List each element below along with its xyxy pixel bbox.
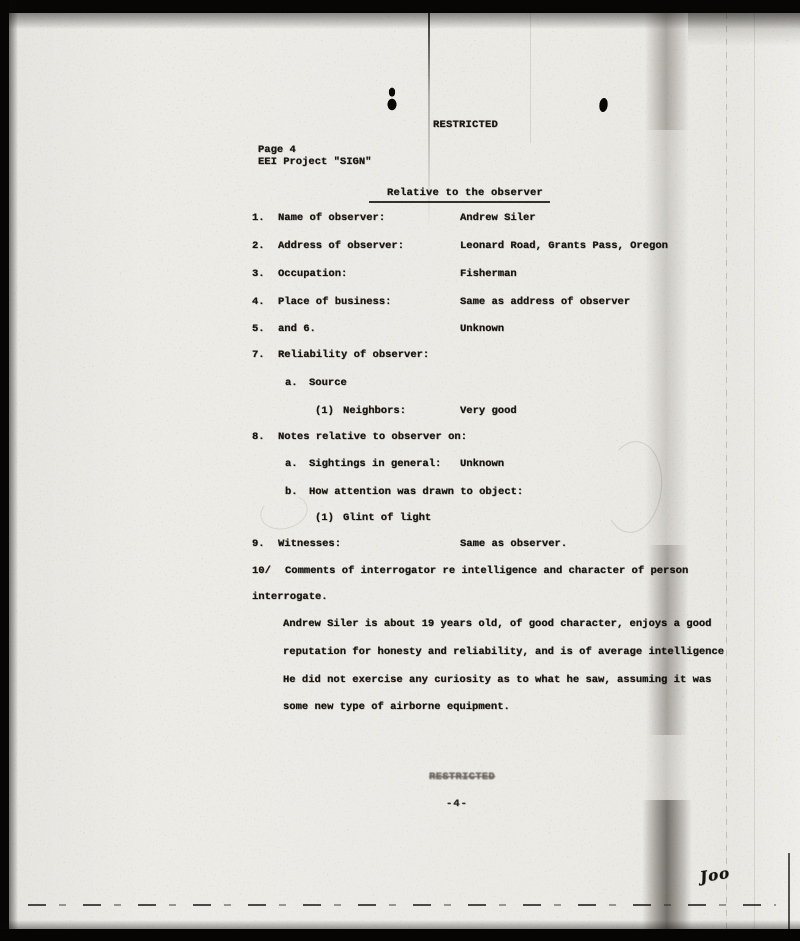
project-label: EEI Project "SIGN" — [258, 156, 371, 169]
list-item: 2. Address of observer: Leonard Road, Gr… — [0, 240, 800, 254]
ink-blot-left — [383, 86, 401, 114]
item-number: a. — [285, 377, 298, 390]
scan-dashed-rule — [28, 904, 776, 906]
item-number: 7. — [252, 349, 265, 362]
item-number: 9. — [252, 538, 265, 551]
scanner-edge-bottom-fade — [0, 920, 800, 929]
paragraph-text: some new type of airborne equipment. — [283, 701, 510, 714]
list-item: 7. Reliability of observer: — [0, 349, 800, 363]
list-subitem: a. Source — [0, 377, 800, 391]
item-value: Same as observer. — [460, 538, 567, 551]
item-value: Leonard Road, Grants Pass, Oregon — [460, 240, 668, 253]
item-number: b. — [285, 486, 298, 499]
list-item: 10/ Comments of interrogator re intellig… — [0, 565, 800, 579]
list-item: 5. and 6. Unknown — [0, 323, 800, 337]
list-item-continuation: interrogate. — [0, 591, 800, 605]
item-number: 2. — [252, 240, 265, 253]
scan-right-edge-mark — [788, 853, 790, 931]
item-number: 1. — [252, 212, 265, 225]
paragraph-text: He did not exercise any curiosity as to … — [283, 674, 711, 687]
item-number: a. — [285, 458, 298, 471]
item-value: Unknown — [460, 323, 504, 336]
item-value: Fisherman — [460, 268, 517, 281]
item-value: Very good — [460, 405, 517, 418]
list-subitem: b. How attention was drawn to object: — [0, 486, 800, 500]
handwritten-mark: Joo — [699, 867, 731, 885]
item-label: Notes relative to observer on: — [278, 431, 467, 444]
list-item: 1. Name of observer: Andrew Siler — [0, 212, 800, 226]
scan-smudge-band-top — [645, 0, 689, 130]
item-label: How attention was drawn to object: — [309, 486, 523, 499]
item-label: Reliability of observer: — [278, 349, 429, 362]
paragraph-text: Andrew Siler is about 19 years old, of g… — [283, 618, 711, 631]
item-number: 5. — [252, 323, 265, 336]
item-label: Witnesses: — [278, 538, 341, 551]
item-label: and 6. — [278, 323, 316, 336]
item-number: 4. — [252, 296, 265, 309]
item-value: Unknown — [460, 458, 504, 471]
paragraph-text: reputation for honesty and reliability, … — [283, 646, 724, 659]
item-number: 8. — [252, 431, 265, 444]
scan-corner-smudge — [688, 12, 800, 46]
item-number: 3. — [252, 268, 265, 281]
section-heading: Relative to the observer — [387, 187, 543, 200]
item-label: Address of observer: — [278, 240, 404, 253]
scanner-edge-top-fade — [0, 13, 800, 29]
item-label: Neighbors: — [343, 405, 406, 418]
classification-footer: RESTRICTED — [429, 771, 495, 784]
page-number: -4- — [446, 798, 468, 811]
item-label: Name of observer: — [278, 212, 385, 225]
item-text: interrogate. — [252, 591, 328, 604]
item-label: Place of business: — [278, 296, 391, 309]
section-heading-underline — [369, 201, 550, 203]
list-item: 8. Notes relative to observer on: — [0, 431, 800, 445]
scanner-edge-top — [0, 0, 800, 13]
list-subitem: a. Sightings in general: Unknown — [0, 458, 800, 472]
scanner-edge-bottom — [0, 929, 800, 941]
item-value: Andrew Siler — [460, 212, 536, 225]
item-label: Occupation: — [278, 268, 347, 281]
item-label: Glint of light — [343, 512, 431, 525]
item-number: (1) — [315, 405, 334, 418]
scan-fold-line — [530, 13, 531, 143]
item-label: Sightings in general: — [309, 458, 441, 471]
item-number: 10/ — [252, 565, 271, 578]
item-number: (1) — [315, 512, 334, 525]
item-value: Same as address of observer — [460, 296, 630, 309]
list-subitem: (1) Neighbors: Very good — [0, 405, 800, 419]
list-subitem: (1) Glint of light — [0, 512, 800, 526]
list-item: 3. Occupation: Fisherman — [0, 268, 800, 282]
list-item: 9. Witnesses: Same as observer. — [0, 538, 800, 552]
paragraph-line: He did not exercise any curiosity as to … — [0, 674, 800, 688]
paragraph-line: reputation for honesty and reliability, … — [0, 646, 800, 660]
scan-smudge-band-bottom — [642, 800, 692, 941]
scanned-document-page: RESTRICTED Page 4 EEI Project "SIGN" Rel… — [0, 0, 800, 941]
item-text: Comments of interrogator re intelligence… — [285, 565, 688, 578]
paragraph-line: Andrew Siler is about 19 years old, of g… — [0, 618, 800, 632]
paragraph-line: some new type of airborne equipment. — [0, 701, 800, 715]
list-item: 4. Place of business: Same as address of… — [0, 296, 800, 310]
ink-blot-right — [593, 91, 613, 119]
classification-header: RESTRICTED — [433, 119, 498, 132]
item-label: Source — [309, 377, 347, 390]
